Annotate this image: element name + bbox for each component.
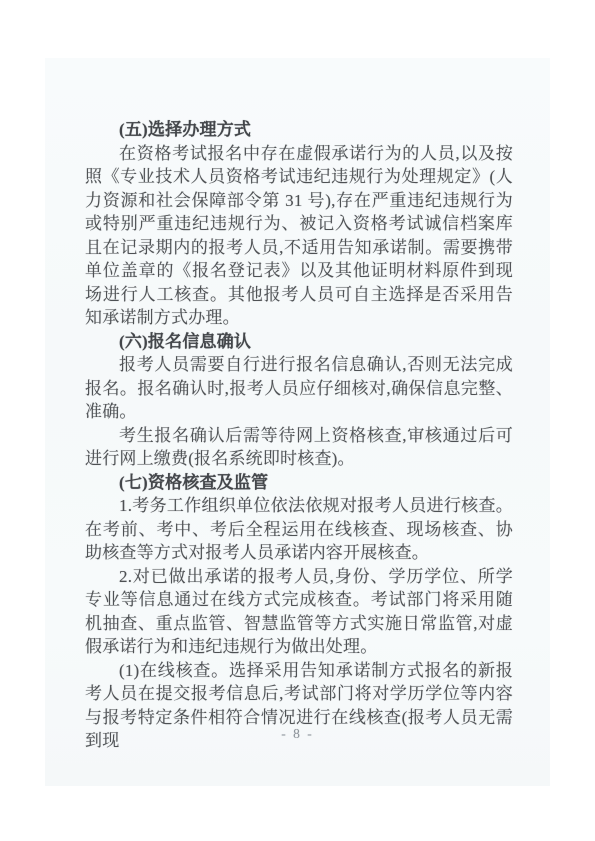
section-6-registration-info-confirmation: (六)报名信息确认 报考人员需要自行进行报名信息确认,否则无法完成报名。报名确认… <box>85 330 513 471</box>
paragraph: 报考人员需要自行进行报名信息确认,否则无法完成报名。报名确认时,报考人员应仔细核… <box>85 353 513 424</box>
section-5-choose-processing-method: (五)选择办理方式 在资格考试报名中存在虚假承诺行为的人员,以及按照《专业技术人… <box>85 118 513 330</box>
scanned-document-page: { "page": { "background_color": "#ffffff… <box>0 0 595 841</box>
paragraph: 1.考务工作组织单位依法依规对报考人员进行核查。在考前、考中、考后全程运用在线核… <box>85 494 513 565</box>
section-heading: (七)资格核查及监管 <box>85 471 513 495</box>
paragraph: 在资格考试报名中存在虚假承诺行为的人员,以及按照《专业技术人员资格考试违纪违规行… <box>85 142 513 330</box>
document-body: (五)选择办理方式 在资格考试报名中存在虚假承诺行为的人员,以及按照《专业技术人… <box>85 118 513 753</box>
section-7-qualification-check-supervision: (七)资格核查及监管 1.考务工作组织单位依法依规对报考人员进行核查。在考前、考… <box>85 471 513 753</box>
page-number: - 8 - <box>45 726 550 742</box>
scan-page-area: (五)选择办理方式 在资格考试报名中存在虚假承诺行为的人员,以及按照《专业技术人… <box>45 58 550 786</box>
paragraph: 2.对已做出承诺的报考人员,身份、学历学位、所学专业等信息通过在线方式完成核查。… <box>85 565 513 659</box>
paragraph: 考生报名确认后需等待网上资格核查,审核通过后可进行网上缴费(报名系统即时核查)。 <box>85 424 513 471</box>
section-heading: (五)选择办理方式 <box>85 118 513 142</box>
section-heading: (六)报名信息确认 <box>85 330 513 354</box>
